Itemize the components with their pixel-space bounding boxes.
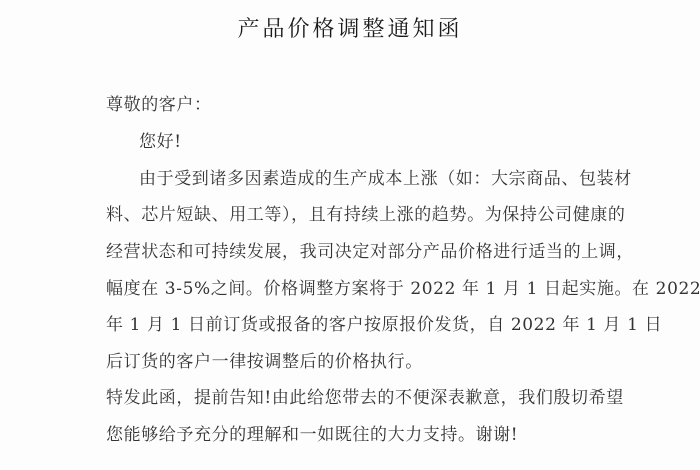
salutation: 尊敬的客户： <box>106 90 212 115</box>
closing-line: 特发此函，提前告知!由此给您带去的不便深表歉意，我们殷切希望 <box>106 383 624 408</box>
body-line: 幅度在 3-5%之间。价格调整方案将于 2022 年 1 月 1 日起实施。在 … <box>106 274 700 299</box>
document-title: 产品价格调整通知函 <box>0 12 700 43</box>
body-line: 经营状态和可持续发展，我司决定对部分产品价格进行适当的上调， <box>106 237 634 262</box>
body-line: 料、芯片短缺、用工等），且有持续上涨的趋势。为保持公司健康的 <box>106 200 626 225</box>
body-line: 年 1 月 1 日前订货或报备的客户按原报价发货，自 2022 年 1 月 1 … <box>106 310 662 335</box>
greeting: 您好! <box>139 127 182 152</box>
body-line: 由于受到诸多因素造成的生产成本上涨（如：大宗商品、包装材 <box>139 164 632 189</box>
closing-line: 您能够给予充分的理解和一如既往的大力支持。谢谢! <box>106 420 518 445</box>
letter-page: 产品价格调整通知函 尊敬的客户： 您好! 由于受到诸多因素造成的生产成本上涨（如… <box>0 0 700 470</box>
body-line: 后订货的客户一律按调整后的价格执行。 <box>106 347 423 372</box>
